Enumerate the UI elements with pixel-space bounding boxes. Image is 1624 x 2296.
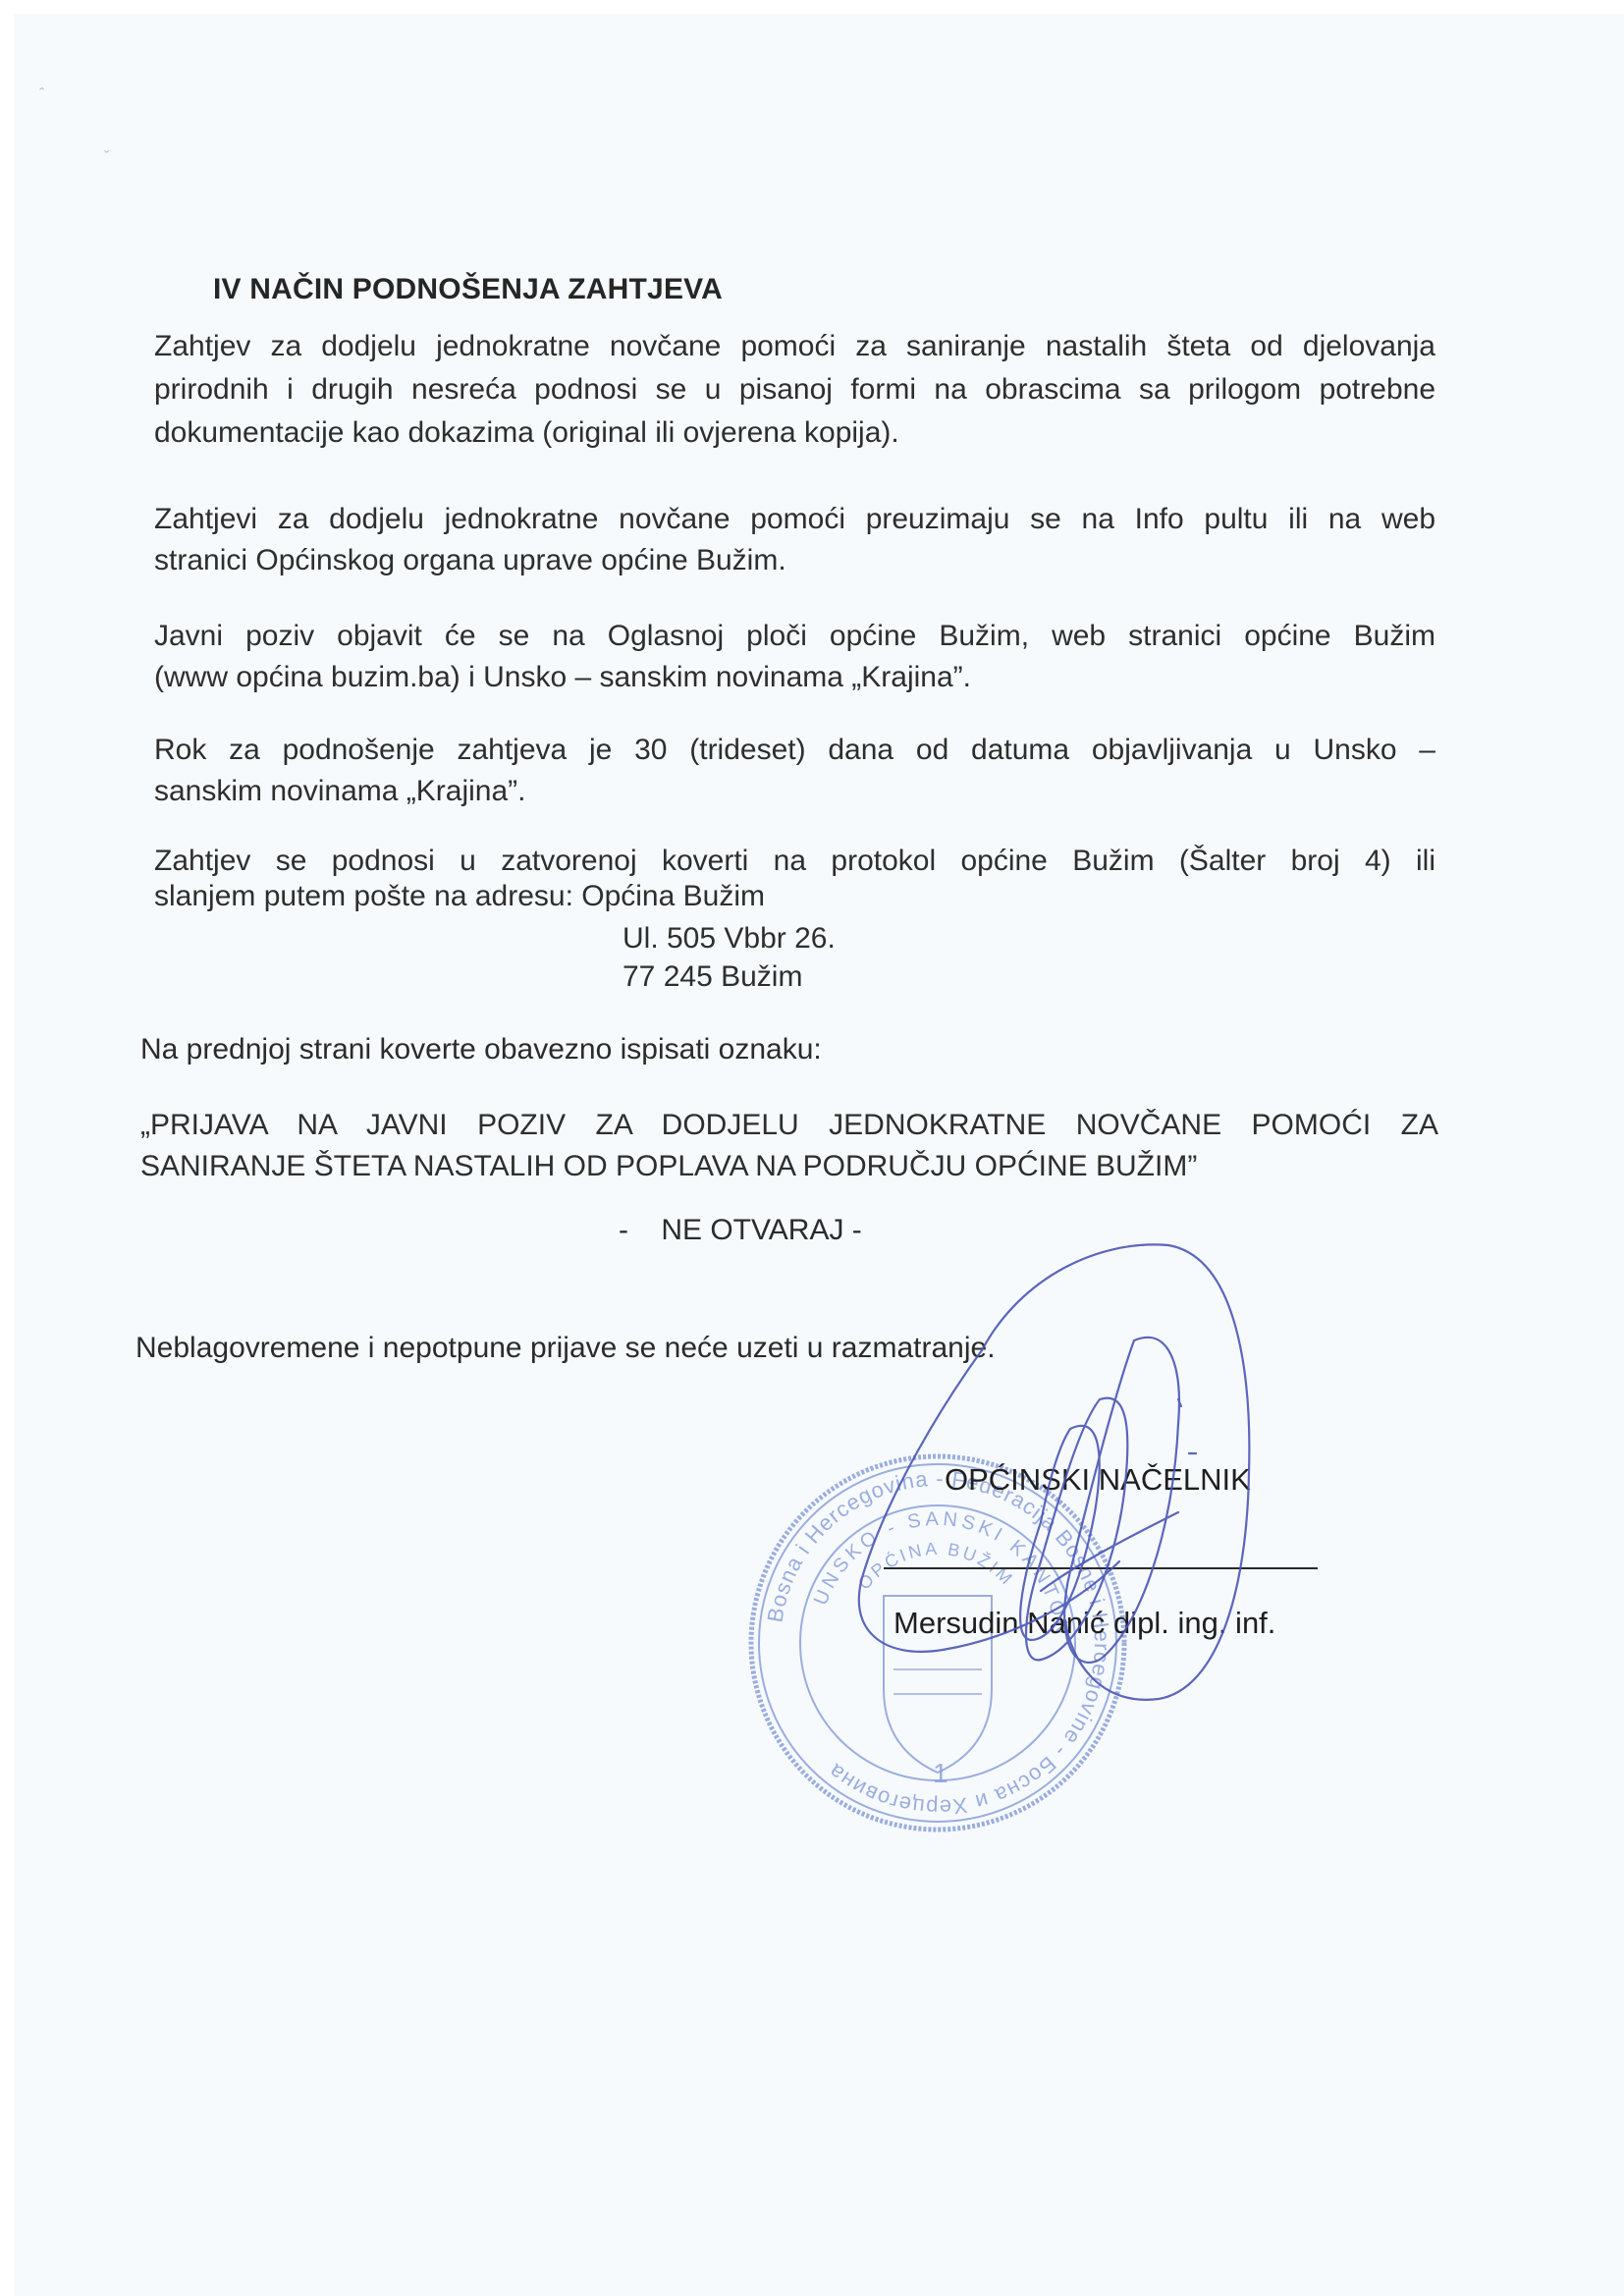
signatory-name: Mersudin Nanić dipl. ing. inf. xyxy=(893,1609,1275,1638)
paragraph-publication: Javni poziv objavit će se na Oglasnoj pl… xyxy=(154,622,1435,692)
address-city: 77 245 Bužim xyxy=(623,962,802,992)
paragraph-line: Rok za podnošenje zahtjeva je 30 (trides… xyxy=(154,736,1435,765)
envelope-label-line: „PRIJAVA NA JAVNI POZIV ZA DODJELU JEDNO… xyxy=(140,1111,1438,1140)
signature-line xyxy=(884,1567,1318,1569)
paragraph-line: prirodnih i drugih nesreća podnosi se u … xyxy=(154,375,1435,405)
envelope-label: „PRIJAVA NA JAVNI POZIV ZA DODJELU JEDNO… xyxy=(140,1111,1438,1181)
envelope-note: Na prednjoj strani koverte obavezno ispi… xyxy=(140,1035,822,1065)
paragraph-line: stranici Općinskog organa uprave općine … xyxy=(154,546,1435,575)
scan-speck: ˇ xyxy=(104,149,109,167)
do-not-open-label: - NE OTVARAJ - xyxy=(619,1216,862,1245)
paragraph-line: Zahtjev za dodjelu jednokratne novčane p… xyxy=(154,332,1435,361)
section-heading: IV NAČIN PODNOŠENJA ZAHTJEVA xyxy=(213,275,723,304)
paragraph-line: Zahtjev se podnosi u zatvorenoj koverti … xyxy=(154,847,1435,876)
paragraph-line: sanskim novinama „Krajina”. xyxy=(154,777,1435,806)
closing-note: Neblagovremene i nepotpune prijave se ne… xyxy=(135,1334,996,1363)
signature-title: OPĆINSKI NAČELNIK xyxy=(945,1465,1251,1495)
paragraph-line: (www općina buzim.ba) i Unsko – sanskim … xyxy=(154,663,1435,692)
paragraph-submission-form: Zahtjev za dodjelu jednokratne novčane p… xyxy=(154,332,1435,448)
paragraph-line: Zahtjevi za dodjelu jednokratne novčane … xyxy=(154,505,1435,534)
paragraph-forms-pickup: Zahtjevi za dodjelu jednokratne novčane … xyxy=(154,505,1435,575)
paragraph-deadline: Rok za podnošenje zahtjeva je 30 (trides… xyxy=(154,736,1435,806)
paragraph-line: dokumentacije kao dokazima (original ili… xyxy=(154,418,1435,448)
paragraph-delivery: Zahtjev se podnosi u zatvorenoj koverti … xyxy=(154,847,1435,911)
address-street: Ul. 505 Vbbr 26. xyxy=(623,924,836,954)
envelope-label-line: SANIRANJE ŠTETA NASTALIH OD POPLAVA NA P… xyxy=(140,1152,1438,1181)
paragraph-line: Javni poziv objavit će se na Oglasnoj pl… xyxy=(154,622,1435,651)
paragraph-line: slanjem putem pošte na adresu: Općina Bu… xyxy=(154,882,1435,911)
scan-speck: ˆ xyxy=(39,86,44,104)
